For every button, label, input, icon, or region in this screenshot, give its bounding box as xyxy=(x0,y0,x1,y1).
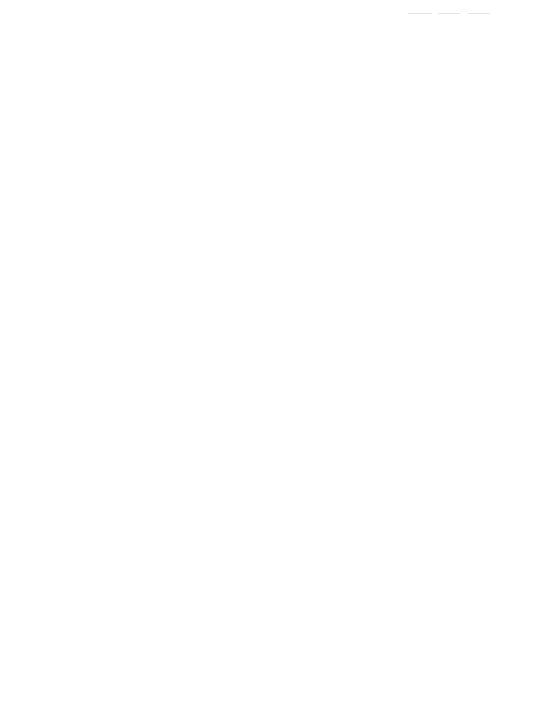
scan-artifact xyxy=(468,13,490,14)
term-heading xyxy=(60,104,68,119)
document-page xyxy=(0,0,539,701)
scan-artifact xyxy=(438,13,460,14)
scan-artifact xyxy=(408,13,432,14)
